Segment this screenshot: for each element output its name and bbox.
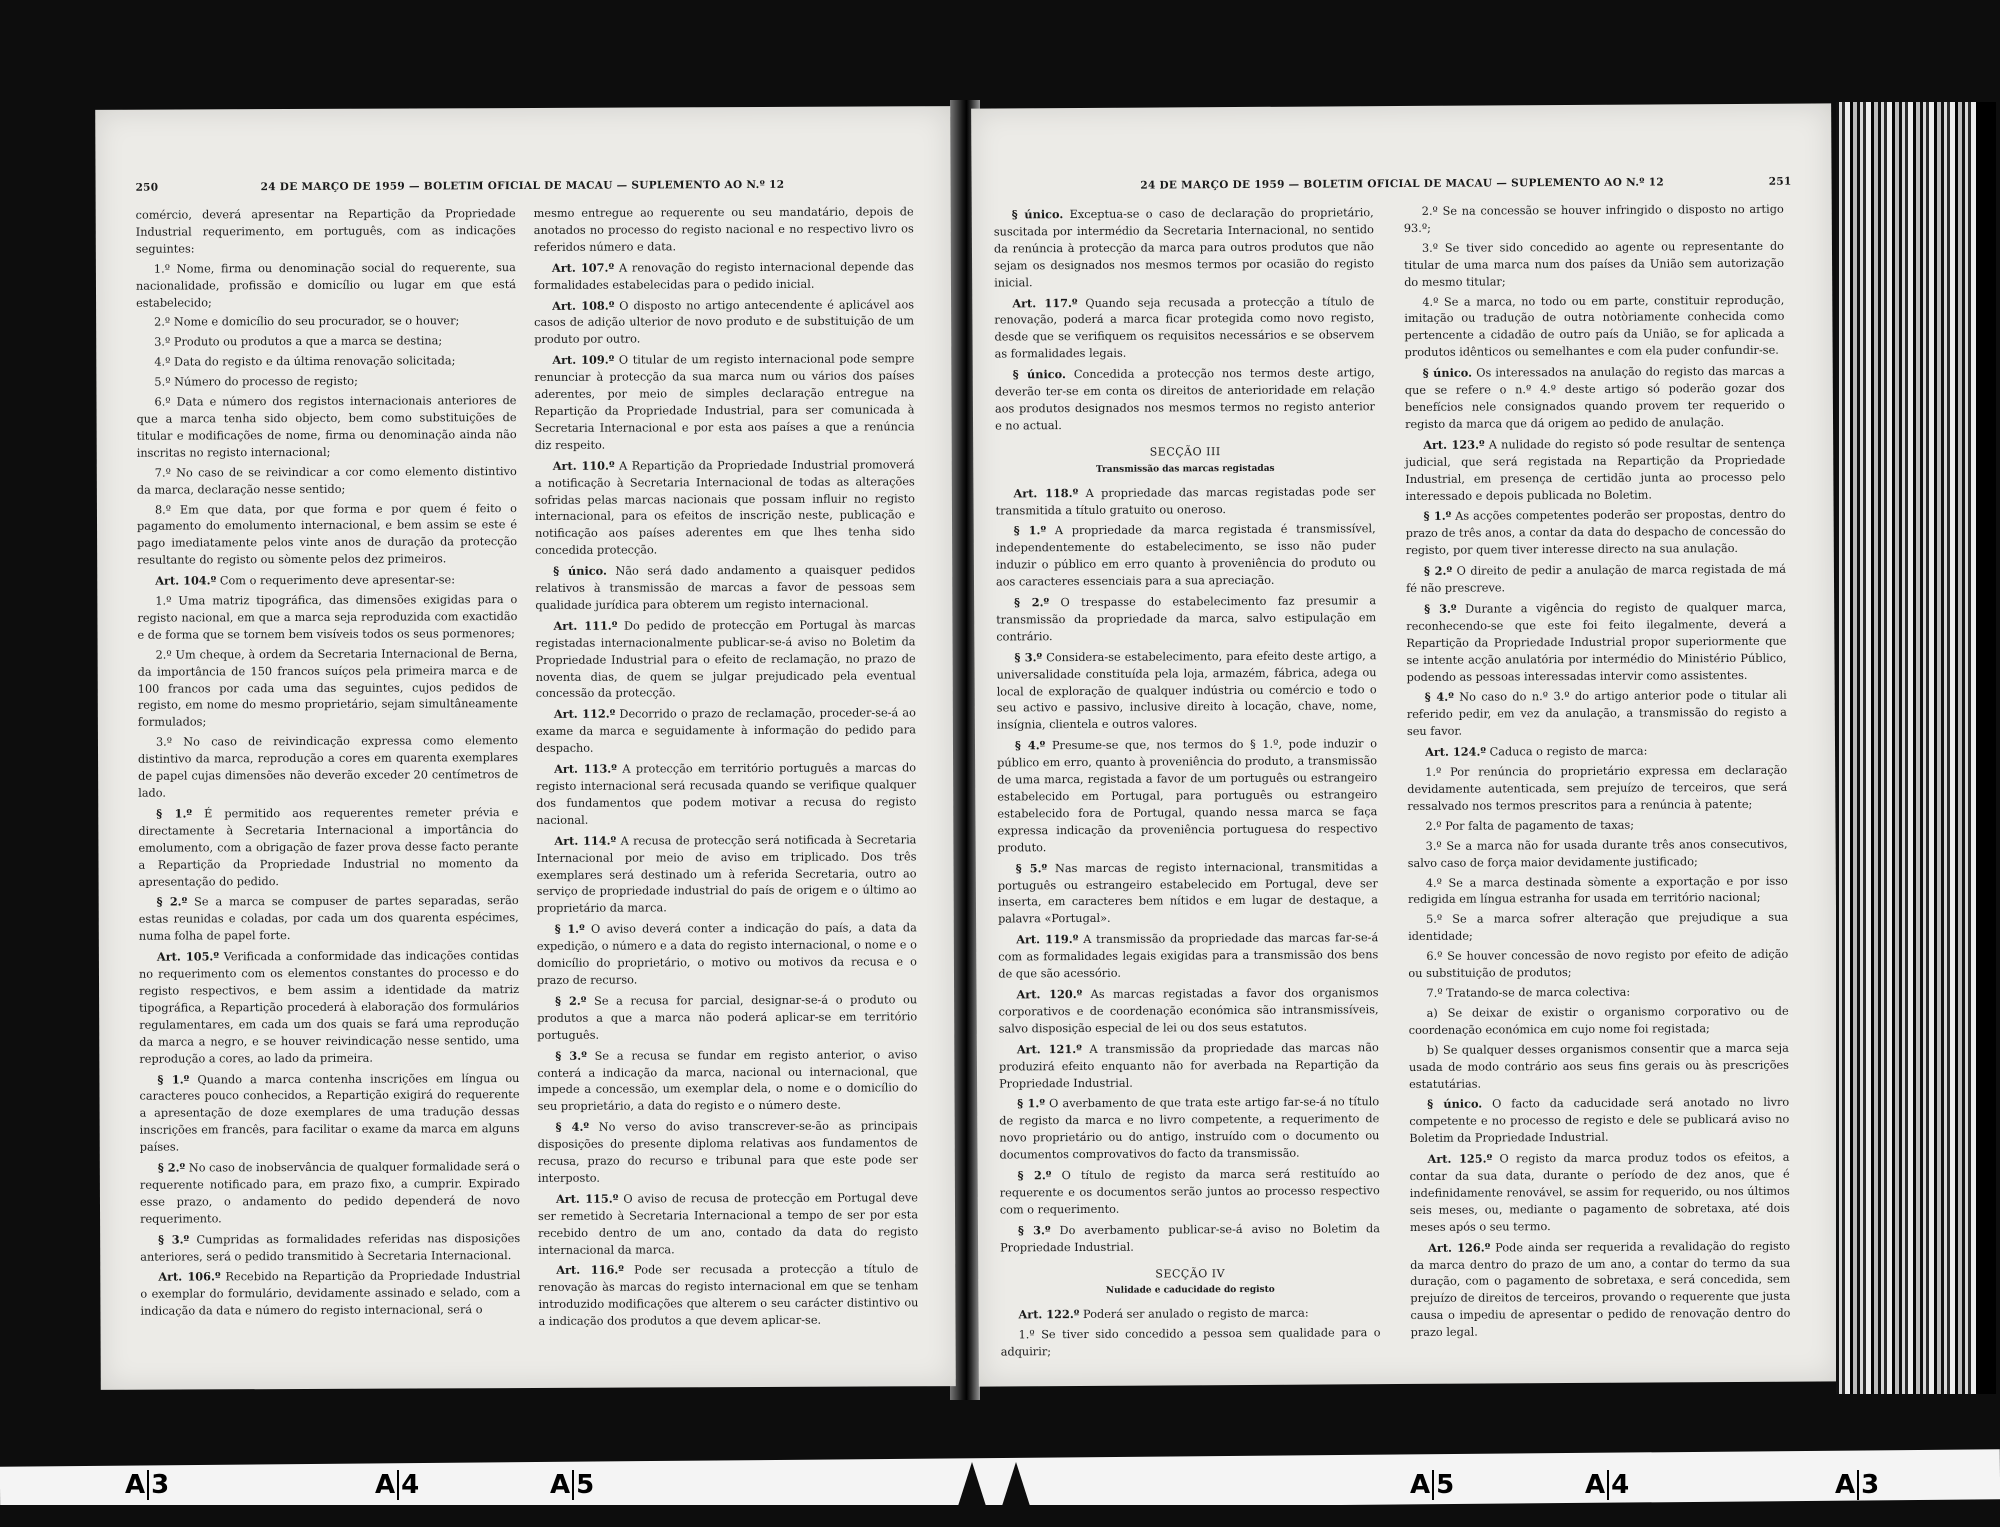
paragraph: § 2.º Se a marca se compuser de partes s…	[139, 892, 519, 945]
paragraph: 4.º Se a marca, no todo ou em parte, con…	[1404, 292, 1784, 362]
right-page-column-1: § único. Exceptua-se o caso de declaraçã…	[994, 204, 1381, 1364]
running-head-right: 24 DE MARÇO DE 1959 — BOLETIM OFICIAL DE…	[1012, 176, 1792, 193]
paragraph: § 2.º O direito de pedir a anulação de m…	[1406, 561, 1786, 598]
paragraph: Art. 108.º O disposto no artigo antecend…	[534, 296, 914, 349]
paragraph: a) Se deixar de existir o organismo corp…	[1409, 1004, 1789, 1040]
frame-mark: A4	[375, 1470, 419, 1500]
running-title-left: 24 DE MARÇO DE 1959 — BOLETIM OFICIAL DE…	[158, 178, 886, 193]
paragraph: Art. 123.º A nulidade do registo só pode…	[1405, 434, 1785, 505]
articles-118-121: Art. 118.º A propriedade das marcas regi…	[995, 483, 1380, 1257]
paragraph: § 3.º Cumpridas as formalidades referida…	[140, 1230, 520, 1266]
paragraph: 2.º Por falta de pagamento de taxas;	[1407, 816, 1787, 835]
right-page-column-2: 2.º Se na concessão se houver infringido…	[1404, 202, 1791, 1345]
paragraph: Art. 121.º A transmissão da propriedade …	[999, 1039, 1379, 1093]
paragraph: § 1.º As acções competentes poderão ser …	[1406, 506, 1786, 560]
film-border	[0, 1505, 2000, 1527]
page-number-right: 251	[1769, 176, 1792, 188]
paragraph: § único. Os interessados na anulação do …	[1405, 363, 1785, 434]
paragraph: 5.º Se a marca sofrer alteração que prej…	[1408, 910, 1788, 946]
paragraph: Art. 114.º A recusa de protecção será no…	[536, 831, 916, 918]
paragraph: § 3.º Do averbamento publicar-se-á aviso…	[1000, 1220, 1380, 1257]
left-page-column-1: comércio, deverá apresentar na Repartiçã…	[136, 206, 521, 1324]
paragraph: Art. 120.º As marcas registadas a favor …	[998, 984, 1378, 1038]
paragraph: 3.º No caso de reivindicação expressa co…	[138, 733, 518, 802]
paragraph: Art. 115.º O aviso de recusa de protecçã…	[538, 1189, 918, 1259]
paragraph: § 1.º É permitido aos requerentes remete…	[138, 804, 518, 891]
paragraph: § 2.º No caso de inobservância de qualqu…	[140, 1158, 520, 1228]
paragraph: § único. O facto da caducidade será anot…	[1409, 1094, 1789, 1148]
paragraph: 1.º Nome, firma ou denominação social do…	[136, 260, 516, 312]
paragraph: 4.º Se a marca destinada sòmente a expor…	[1408, 873, 1788, 909]
paragraph: Art. 124.º Caduca o registo de marca:	[1407, 742, 1787, 762]
paragraph: § 3.º Durante a vigência do registo de q…	[1406, 599, 1787, 687]
paragraph: § 4.º Presume-se que, nos termos do § 1.…	[997, 735, 1378, 857]
frame-mark: A5	[1410, 1470, 1454, 1500]
page-number-left: 250	[136, 182, 159, 194]
paragraph: § 1.º Quando a marca contenha inscrições…	[139, 1070, 519, 1157]
paragraph: Art. 110.º A Repartição da Propriedade I…	[535, 456, 915, 560]
paragraph: 3.º Se tiver sido concedido ao agente ou…	[1404, 238, 1784, 291]
running-head-left: 250 24 DE MARÇO DE 1959 — BOLETIM OFICIA…	[136, 178, 911, 193]
paragraph: 2.º Se na concessão se houver infringido…	[1404, 202, 1784, 238]
film-notch-right	[1002, 1462, 1030, 1506]
paragraph: comércio, deverá apresentar na Repartiçã…	[136, 206, 516, 258]
paragraph: 7.º No caso de se reivindicar a cor como…	[137, 464, 517, 499]
paragraph: § 4.º No verso do aviso transcrever-se-ã…	[538, 1118, 918, 1188]
paragraph: § 2.º O título de registo da marca será …	[1000, 1165, 1380, 1219]
article-122: Art. 122.º Poderá ser anulado o registo …	[1000, 1305, 1380, 1362]
paragraph: Art. 111.º Do pedido de protecção em Por…	[535, 616, 915, 703]
paragraph: 4.º Data do registo e da última renovaçã…	[136, 353, 516, 372]
paragraph: 8.º Em que data, por que forma e por que…	[137, 501, 517, 570]
paragraph: § único. Exceptua-se o caso de declaraçã…	[994, 204, 1375, 292]
paragraph: Art. 113.º A protecção em território por…	[536, 759, 916, 829]
paragraph: Art. 118.º A propriedade das marcas regi…	[995, 483, 1375, 520]
book-page-edges	[1836, 102, 1996, 1394]
paragraph: Art. 107.º A renovação do registo intern…	[534, 258, 914, 294]
left-page-column-2: mesmo entregue ao requerente ou seu mand…	[534, 204, 919, 1334]
paragraph: § único. Não será dado andamento a quais…	[535, 561, 915, 614]
paragraph: § 3.º Considera-se estabelecimento, para…	[996, 647, 1377, 735]
paragraph: Art. 117.º Quando seja recusada a protec…	[994, 293, 1374, 364]
paragraph: 5.º Número do processo de registo;	[136, 373, 516, 392]
paragraph: 6.º Se houver concessão de novo registo …	[1408, 947, 1788, 983]
paragraph: 7.º Tratando-se de marca colectiva:	[1408, 984, 1788, 1003]
paragraph: § 4.º No caso do n.º 3.º do artigo anter…	[1407, 687, 1787, 741]
paragraph: 1.º Por renúncia do proprietário express…	[1407, 763, 1787, 816]
paragraph: b) Se qualquer desses organismos consent…	[1409, 1040, 1789, 1093]
paragraph: Art. 126.º Pode ainda ser requerida a re…	[1410, 1237, 1791, 1342]
paragraph: § 1.º A propriedade da marca registada é…	[996, 521, 1376, 592]
frame-mark: A5	[550, 1470, 594, 1500]
paragraph: Art. 119.º A transmissão da propriedade …	[998, 929, 1378, 983]
paragraph: Art. 116.º Pode ser recusada a protecção…	[538, 1261, 918, 1331]
paragraph: mesmo entregue ao requerente ou seu mand…	[534, 204, 914, 256]
articles-116-117: § único. Exceptua-se o caso de declaraçã…	[994, 204, 1375, 435]
paragraph: 3.º Se a marca não for usada durante trê…	[1408, 836, 1788, 872]
frame-mark: A4	[1585, 1470, 1629, 1500]
paragraph: 3.º Produto ou produtos a que a marca se…	[136, 333, 516, 352]
paragraph: § único. Concedida a protecção nos termo…	[995, 364, 1375, 435]
paragraph: 1.º Uma matriz tipográfica, das dimensõe…	[137, 592, 517, 644]
right-page: 24 DE MARÇO DE 1959 — BOLETIM OFICIAL DE…	[971, 103, 1839, 1386]
paragraph: 2.º Um cheque, à ordem da Secretaria Int…	[138, 646, 518, 732]
paragraph: Art. 104.º Com o requerimento deve apres…	[137, 571, 517, 591]
paragraph: Art. 105.º Verificada a conformidade das…	[139, 947, 520, 1068]
paragraph: Art. 125.º O registo da marca produz tod…	[1409, 1149, 1790, 1237]
section-3-subtitle: Transmissão das marcas registadas	[995, 460, 1375, 479]
paragraph: 1.º Se tiver sido concedido a pessoa sem…	[1001, 1325, 1381, 1361]
paragraph: Art. 112.º Decorrido o prazo de reclamaç…	[536, 705, 916, 758]
paragraph: § 2.º Se a recusa for parcial, designar-…	[537, 991, 917, 1044]
paragraph: § 1.º O averbamento de que trata este ar…	[999, 1094, 1379, 1165]
paragraph: 2.º Nome e domicílio do seu procurador, …	[136, 313, 516, 332]
paragraph: § 3.º Se a recusa se fundar em registo a…	[537, 1046, 917, 1116]
running-title-right: 24 DE MARÇO DE 1959 — BOLETIM OFICIAL DE…	[1036, 176, 1769, 192]
left-page: 250 24 DE MARÇO DE 1959 — BOLETIM OFICIA…	[95, 106, 956, 1390]
paragraph: Art. 122.º Poderá ser anulado o registo …	[1000, 1305, 1380, 1325]
paragraph: § 1.º O aviso deverá conter a indicação …	[537, 920, 917, 990]
frame-mark: A3	[125, 1470, 169, 1500]
frame-mark: A3	[1835, 1470, 1879, 1500]
paragraph: § 5.º Nas marcas de registo internaciona…	[998, 858, 1378, 929]
paragraph: § 2.º O trespasse do estabelecimento faz…	[996, 592, 1376, 646]
paragraph: Art. 109.º O titular de um registo inter…	[534, 351, 914, 455]
paragraph: 6.º Data e número dos registos internaci…	[136, 393, 516, 462]
section-4-subtitle: Nulidade e caducidade do registo	[1000, 1282, 1380, 1301]
film-notch-left	[958, 1462, 986, 1506]
paragraph: Art. 106.º Recebido na Repartição da Pro…	[140, 1267, 520, 1320]
